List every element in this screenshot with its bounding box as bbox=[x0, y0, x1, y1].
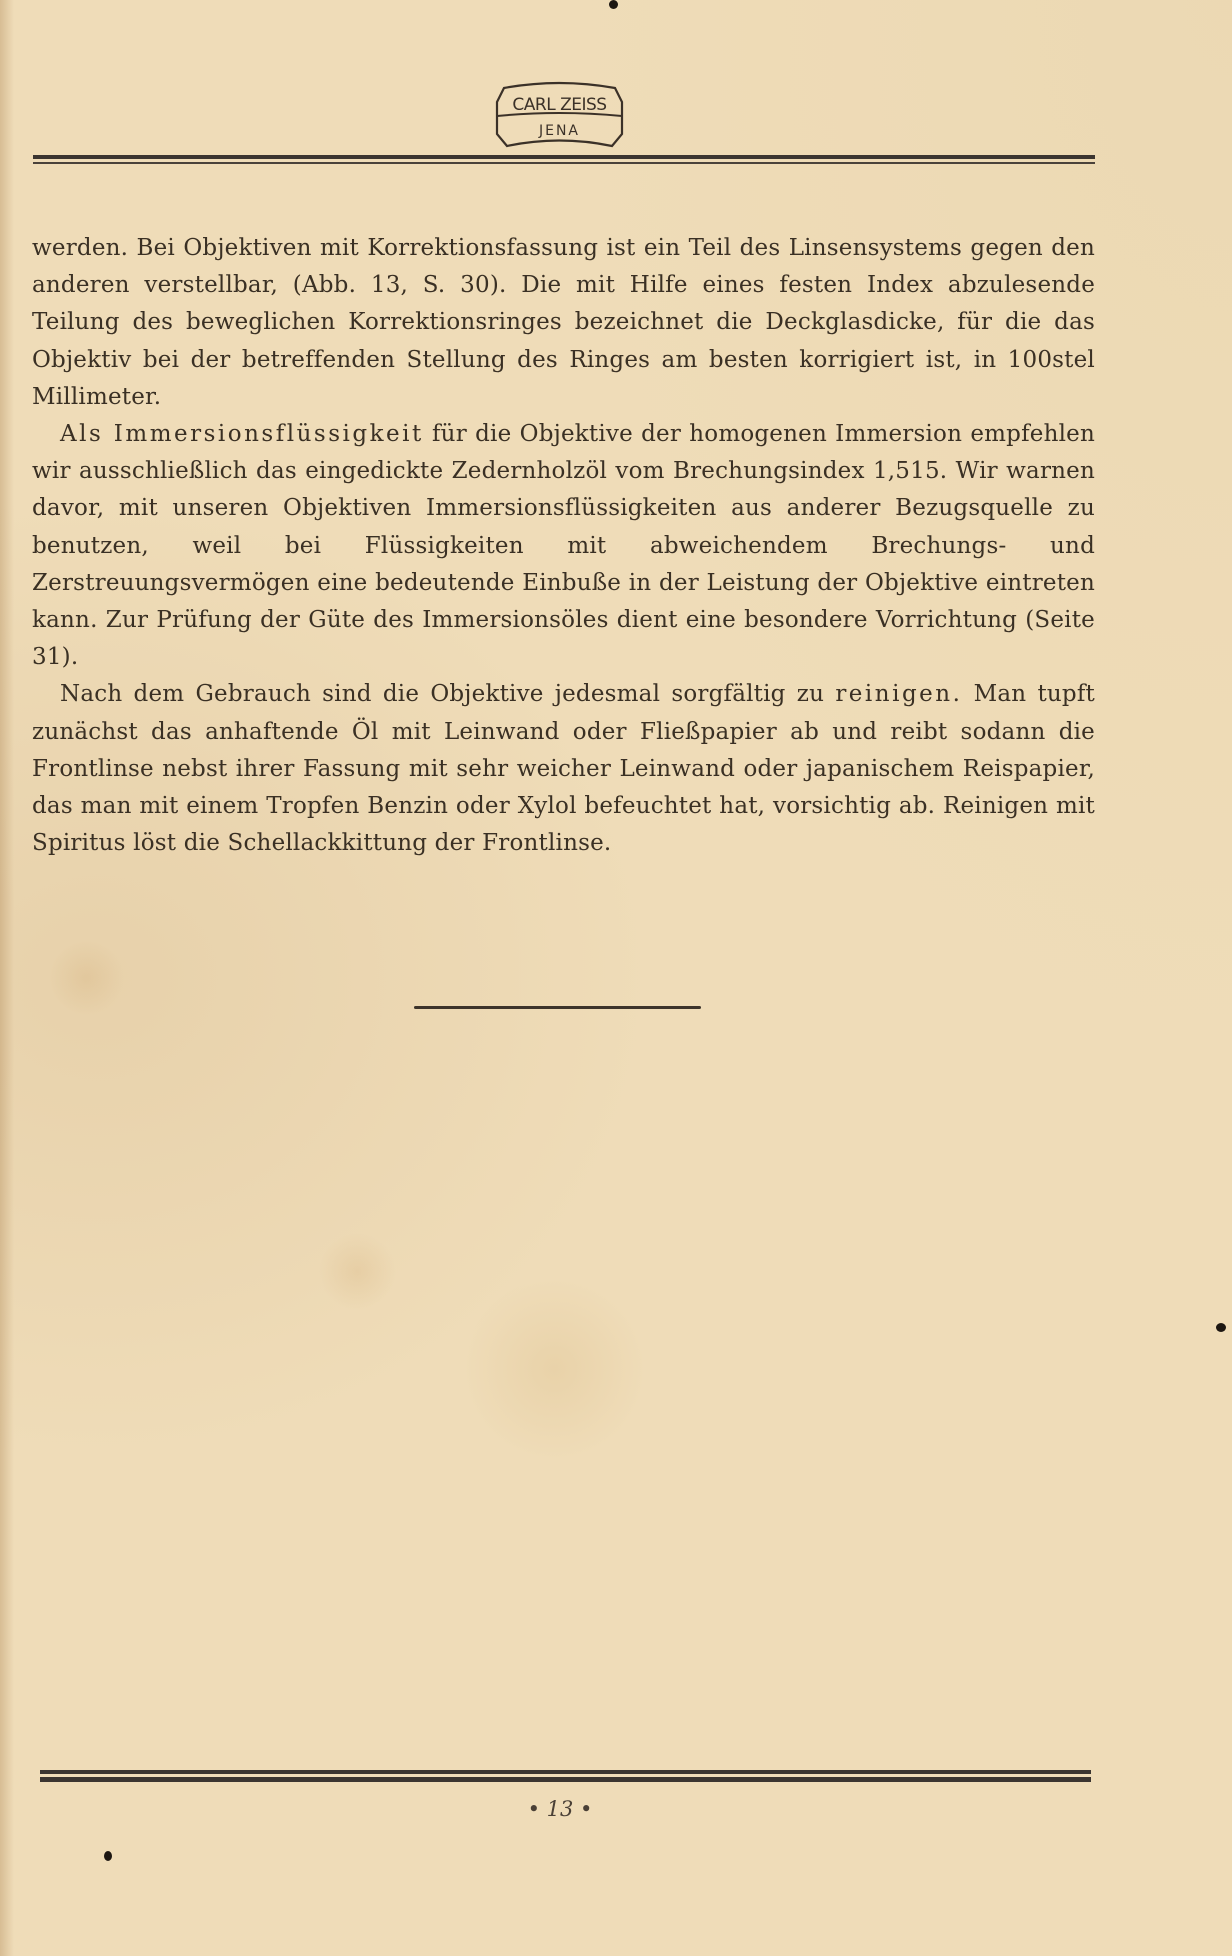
footer-rule bbox=[40, 1770, 1091, 1774]
carl-zeiss-jena-logo: CARL ZEISS JENA bbox=[494, 80, 625, 150]
ink-spot bbox=[104, 1851, 112, 1861]
ink-spot bbox=[1216, 1323, 1226, 1332]
page-number: • 13 • bbox=[500, 1797, 620, 1821]
paragraph-3-text: Man tupft zunächst das anhaftende Öl mit… bbox=[32, 681, 1095, 856]
page-edge-shadow bbox=[0, 0, 14, 1956]
section-end-rule bbox=[414, 1006, 701, 1009]
paragraph-1: werden. Bei Objektiven mit Korrektionsfa… bbox=[32, 230, 1095, 416]
body-text: werden. Bei Objektiven mit Korrektionsfa… bbox=[32, 230, 1095, 862]
paragraph-3: Nach dem Gebrauch sind die Objektive jed… bbox=[32, 676, 1095, 862]
paragraph-1-text: werden. Bei Objektiven mit Korrektionsfa… bbox=[32, 235, 1095, 410]
logo-icon: CARL ZEISS JENA bbox=[494, 80, 625, 150]
paragraph-2: Als Immersionsflüssigkeit für die Objekt… bbox=[32, 416, 1095, 676]
paragraph-2-lead: Als Immersionsflüssigkeit bbox=[60, 421, 424, 447]
header-rule bbox=[33, 155, 1095, 159]
svg-text:JENA: JENA bbox=[538, 123, 580, 139]
paragraph-2-text: für die Objektive der homogenen Immersio… bbox=[32, 421, 1095, 670]
document-page: CARL ZEISS JENA werden. Bei Objektiven m… bbox=[0, 0, 1232, 1956]
paragraph-3-before: Nach dem Gebrauch sind die Objektive jed… bbox=[60, 681, 835, 707]
svg-text:CARL ZEISS: CARL ZEISS bbox=[512, 95, 606, 115]
paragraph-3-emphasis: reinigen. bbox=[835, 681, 962, 707]
ink-spot bbox=[609, 0, 618, 9]
